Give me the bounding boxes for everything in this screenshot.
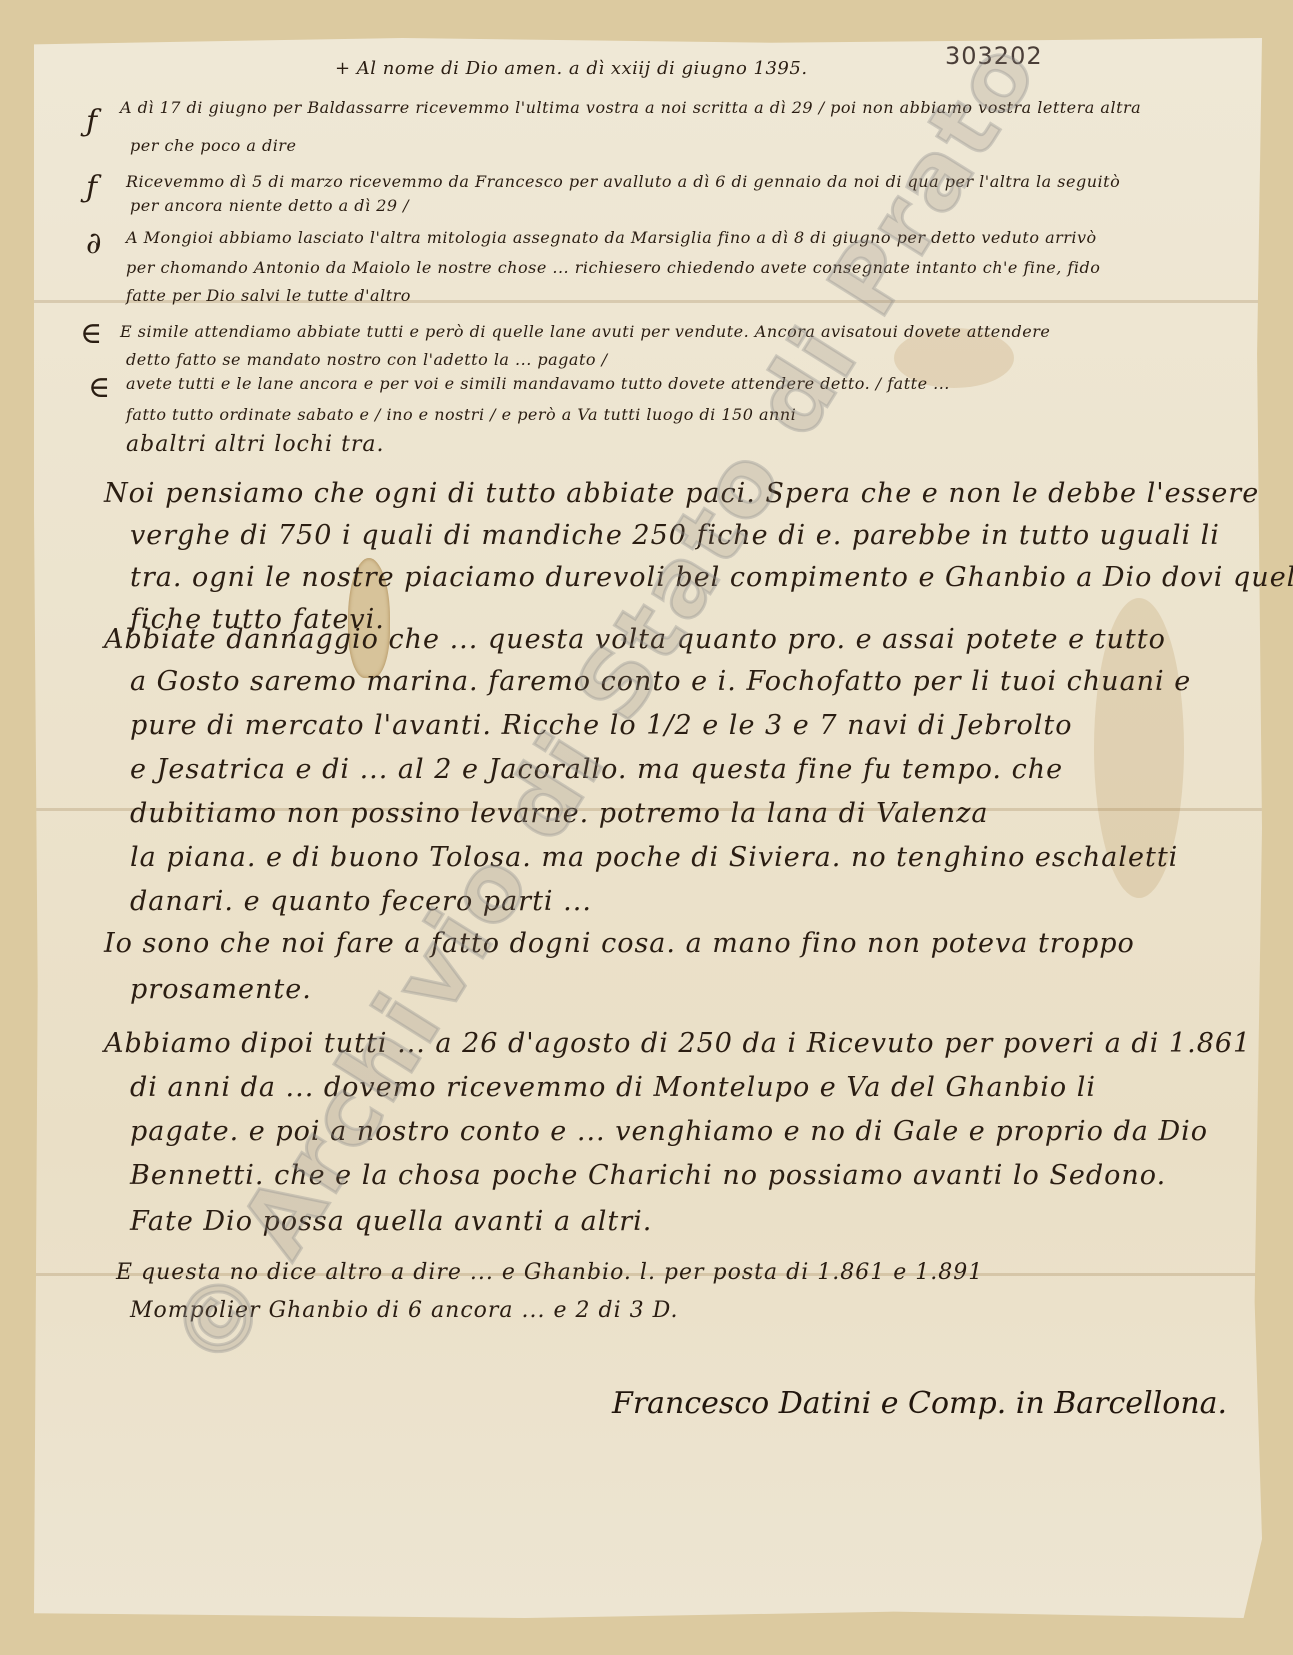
text-line: per chomando Antonio da Maiolo le nostre…: [126, 258, 1100, 277]
paragraph-marker: ƒ: [86, 104, 97, 139]
paragraph-marker: ƒ: [86, 170, 97, 205]
text-line: abaltri altri lochi tra.: [126, 432, 385, 457]
text-line: per che poco a dire: [130, 136, 296, 155]
text-line: prosamente.: [130, 974, 312, 1005]
paragraph-marker: ∈: [80, 316, 102, 351]
text-line: di anni da ... dovemo ricevemmo di Monte…: [130, 1072, 1096, 1103]
paragraph-marker: ∈: [88, 370, 110, 405]
text-line: fatto tutto ordinate sabato e / ino e no…: [126, 405, 796, 424]
text-line: per ancora niente detto a dì 29 /: [130, 196, 409, 215]
text-line: detto fatto se mandato nostro con l'adet…: [126, 350, 608, 369]
paragraph-marker: ∂: [86, 226, 102, 261]
text-line: Abbiamo dipoi tutti ... a 26 d'agosto di…: [104, 1028, 1251, 1059]
signature: Francesco Datini e Comp. in Barcellona.: [612, 1386, 1227, 1421]
letter-heading: + Al nome di Dio amen. a dì xxiij di giu…: [335, 58, 808, 79]
text-line: fatte per Dio salvi le tutte d'altro: [126, 286, 411, 305]
text-line: la piana. e di buono Tolosa. ma poche di…: [130, 842, 1178, 873]
text-line: Fate Dio possa quella avanti a altri.: [130, 1206, 652, 1237]
text-line: E simile attendiamo abbiate tutti e però…: [120, 322, 1050, 341]
text-line: Io sono che noi fare a fatto dogni cosa.…: [104, 928, 1135, 959]
